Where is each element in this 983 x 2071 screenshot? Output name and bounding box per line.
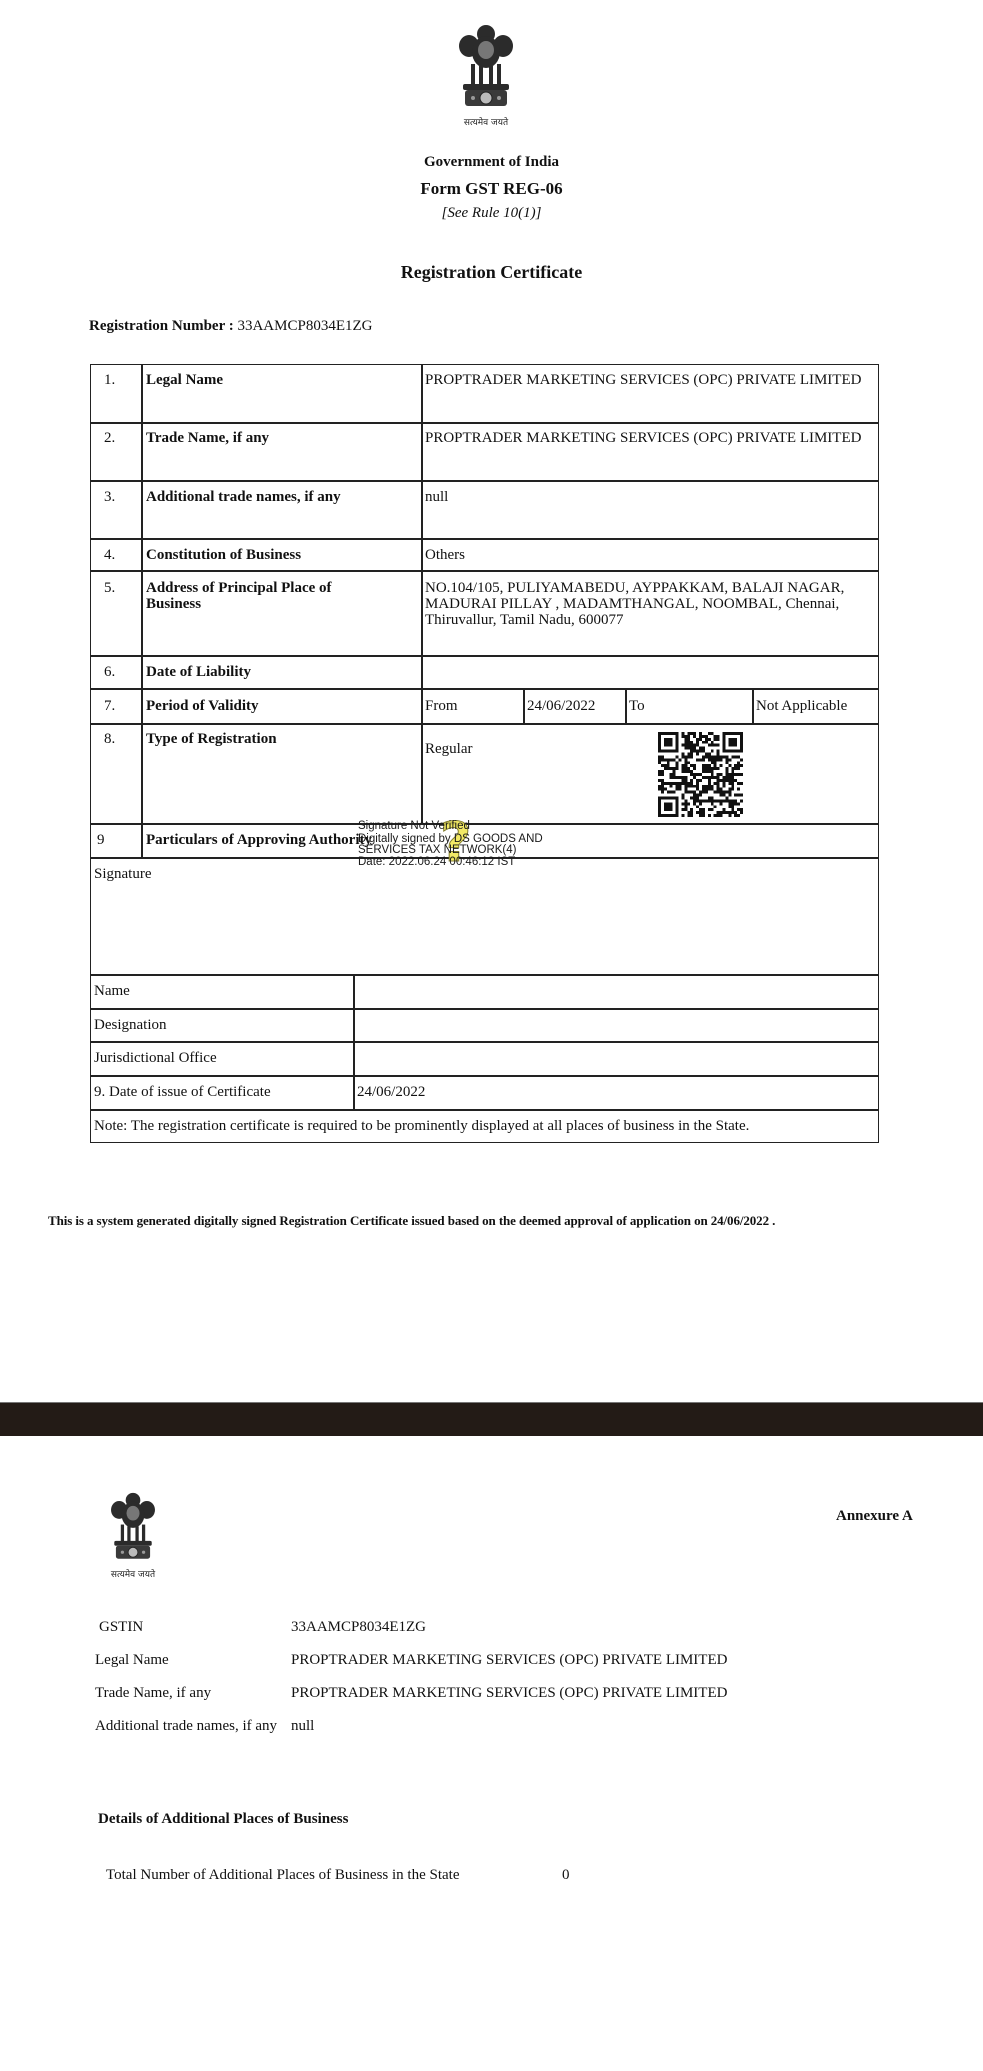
row-2-label: Trade Name, if any bbox=[146, 430, 416, 446]
national-emblem-icon bbox=[98, 1488, 168, 1566]
emblem-motto: सत्यमेव जयते bbox=[98, 1567, 168, 1580]
annexure-title: Annexure A bbox=[836, 1508, 913, 1525]
annex-legal-name-value: PROPTRADER MARKETING SERVICES (OPC) PRIV… bbox=[291, 1652, 727, 1668]
trade-name-value: PROPTRADER MARKETING SERVICES (OPC) PRIV… bbox=[425, 430, 865, 446]
additional-places-title: Details of Additional Places of Business bbox=[98, 1811, 348, 1828]
row-8-number: 8. bbox=[104, 731, 115, 747]
additional-places-count-value: 0 bbox=[562, 1867, 570, 1884]
annex-additional-names-label: Additional trade names, if any bbox=[95, 1718, 280, 1734]
jurisdictional-office-label: Jurisdictional Office bbox=[94, 1050, 217, 1066]
legal-name-value: PROPTRADER MARKETING SERVICES (OPC) PRIV… bbox=[425, 372, 865, 388]
digital-signature-stamp[interactable]: Signature Not Verified Digitally signed … bbox=[358, 821, 543, 868]
form-title: Form GST REG-06 bbox=[0, 179, 983, 199]
row-5-label: Address of Principal Place of Business bbox=[146, 580, 376, 612]
row-3-label: Additional trade names, if any bbox=[146, 489, 416, 505]
national-emblem-icon bbox=[443, 20, 529, 114]
government-heading: Government of India bbox=[0, 154, 983, 171]
signature-signer-line2: SERVICES TAX NETWORK(4) bbox=[358, 845, 543, 857]
registration-number-label: Registration Number : bbox=[89, 318, 234, 334]
qr-code-icon[interactable] bbox=[658, 732, 743, 817]
signature-label: Signature bbox=[94, 866, 152, 882]
national-emblem: सत्यमेव जयते bbox=[443, 20, 529, 128]
issue-date-value: 24/06/2022 bbox=[357, 1084, 425, 1100]
registration-type-value: Regular bbox=[425, 741, 472, 757]
row-4-number: 4. bbox=[104, 547, 115, 563]
additional-trade-names-value: null bbox=[425, 489, 448, 505]
designation-label: Designation bbox=[94, 1017, 167, 1033]
additional-places-count-label: Total Number of Additional Places of Bus… bbox=[106, 1867, 459, 1884]
row-4-label: Constitution of Business bbox=[146, 547, 416, 563]
annex-trade-name-label: Trade Name, if any bbox=[95, 1685, 211, 1701]
signature-status: Signature Not Verified bbox=[358, 821, 543, 833]
rule-reference: [See Rule 10(1)] bbox=[0, 205, 983, 222]
validity-to-value: Not Applicable bbox=[756, 698, 847, 714]
annex-additional-names-value: null bbox=[291, 1718, 314, 1734]
row-3-number: 3. bbox=[104, 489, 115, 505]
name-label: Name bbox=[94, 983, 130, 999]
emblem-motto: सत्यमेव जयते bbox=[443, 115, 529, 128]
constitution-value: Others bbox=[425, 547, 465, 563]
issue-date-label: 9. Date of issue of Certificate bbox=[94, 1084, 271, 1100]
gstin-value: 33AAMCP8034E1ZG bbox=[291, 1619, 426, 1635]
row-7-number: 7. bbox=[104, 698, 115, 714]
row-8-label: Type of Registration bbox=[146, 731, 416, 747]
registration-number: Registration Number : 33AAMCP8034E1ZG bbox=[89, 318, 372, 335]
row-2-number: 2. bbox=[104, 430, 115, 446]
validity-from-label: From bbox=[425, 698, 458, 714]
annex-legal-name-label: Legal Name bbox=[95, 1652, 169, 1668]
row-7-label: Period of Validity bbox=[146, 698, 416, 714]
gstin-label: GSTIN bbox=[99, 1619, 143, 1635]
row-9-number: 9 bbox=[97, 832, 105, 848]
row-5-number: 5. bbox=[104, 580, 115, 596]
registration-number-value: 33AAMCP8034E1ZG bbox=[237, 318, 372, 334]
row-1-label: Legal Name bbox=[146, 372, 416, 388]
national-emblem-annexure: सत्यमेव जयते bbox=[98, 1488, 168, 1580]
validity-to-label: To bbox=[629, 698, 645, 714]
address-value: NO.104/105, PULIYAMABEDU, AYPPAKKAM, BAL… bbox=[425, 580, 855, 628]
validity-from-value: 24/06/2022 bbox=[527, 698, 595, 714]
system-generated-note: This is a system generated digitally sig… bbox=[48, 1213, 775, 1229]
row-6-number: 6. bbox=[104, 664, 115, 680]
row-1-number: 1. bbox=[104, 372, 115, 388]
row-6-label: Date of Liability bbox=[146, 664, 416, 680]
certificate-title: Registration Certificate bbox=[0, 262, 983, 283]
annex-trade-name-value: PROPTRADER MARKETING SERVICES (OPC) PRIV… bbox=[291, 1685, 727, 1701]
signature-date: Date: 2022.06.24 00:46:12 IST bbox=[358, 857, 543, 869]
page-separator bbox=[0, 1402, 983, 1436]
display-note: Note: The registration certificate is re… bbox=[94, 1118, 749, 1134]
